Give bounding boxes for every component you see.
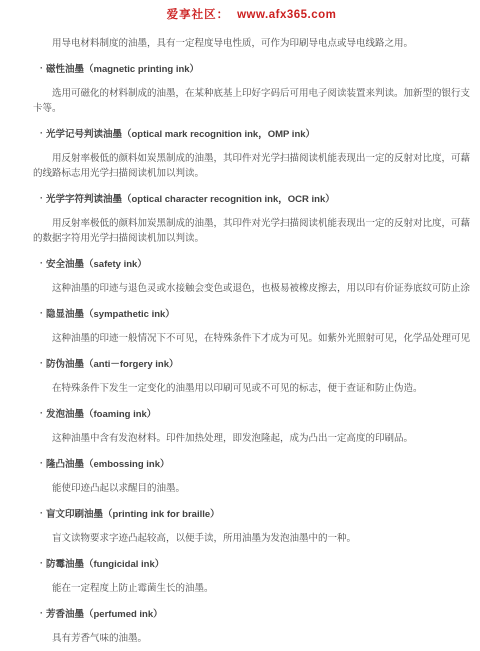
section-body: 这种油墨中含有发泡材料。印件加热处理，即发泡隆起，成为凸出一定高度的印刷品。 (33, 431, 470, 446)
section-title-text: 安全油墨（safety ink） (46, 259, 147, 270)
section-title: ·发泡油墨（foaming ink） (33, 407, 470, 421)
section-title: ·盲文印刷油墨（printing ink for braille） (33, 507, 470, 521)
section-title-text: 光学字符判读油墨（optical character recognition i… (46, 194, 335, 205)
bullet-icon: · (40, 407, 43, 420)
ink-section: ·光学记号判读油墨（optical mark recognition ink，O… (33, 127, 470, 181)
bullet-icon: · (40, 307, 43, 320)
bullet-icon: · (40, 507, 43, 520)
section-title-text: 防伪油墨（anti－forgery ink） (46, 359, 179, 370)
section-body: 这种油墨的印迹与退色灵或水接触会变色或退色，也极易被橡皮擦去，用以印有价证券底纹… (33, 281, 470, 296)
ink-section: ·盲文印刷油墨（printing ink for braille） 盲文读物要求… (33, 507, 470, 546)
ink-section: ·光学字符判读油墨（optical character recognition … (33, 192, 470, 246)
document-page: 爱享社区：www.afx365.com 用导电材料制度的油墨，具有一定程度导电性… (0, 0, 480, 651)
bullet-icon: · (40, 62, 43, 75)
section-body: 用反射率极低的颜料如炭黑制成的油墨，其印件对光学扫描阅读机能表现出一定的反射对比… (33, 151, 470, 181)
site-name: 爱享社区： (167, 9, 230, 21)
section-title-text: 盲文印刷油墨（printing ink for braille） (46, 509, 220, 520)
section-title-text: 磁性油墨（magnetic printing ink） (46, 64, 199, 75)
section-title-text: 光学记号判读油墨（optical mark recognition ink，OM… (46, 129, 315, 140)
bullet-icon: · (40, 127, 43, 140)
site-header: 爱享社区：www.afx365.com (33, 8, 470, 22)
section-body: 在特殊条件下发生一定变化的油墨用以印刷可见或不可见的标志，便于查证和防止伪造。 (33, 381, 470, 396)
section-title-text: 芳香油墨（perfumed ink） (46, 609, 163, 620)
bullet-icon: · (40, 607, 43, 620)
section-body: 这种油墨的印迹一般情况下不可见，在特殊条件下才成为可见。如紫外光照射可见，化学品… (33, 331, 470, 346)
section-body: 盲文读物要求字迹凸起较高，以便手读，所用油墨为发泡油墨中的一种。 (33, 531, 470, 546)
bullet-icon: · (40, 457, 43, 470)
section-title-text: 发泡油墨（foaming ink） (46, 409, 156, 420)
section-title: ·磁性油墨（magnetic printing ink） (33, 62, 470, 76)
site-url[interactable]: www.afx365.com (237, 9, 336, 21)
section-body: 能使印迹凸起以求醒目的油墨。 (33, 481, 470, 496)
sections-container: ·磁性油墨（magnetic printing ink） 选用可磁化的材料制成的… (33, 62, 470, 646)
section-body: 能在一定程度上防止霉菌生长的油墨。 (33, 581, 470, 596)
bullet-icon: · (40, 192, 43, 205)
section-title: ·隆凸油墨（embossing ink） (33, 457, 470, 471)
section-title: ·防伪油墨（anti－forgery ink） (33, 357, 470, 371)
ink-section: ·发泡油墨（foaming ink） 这种油墨中含有发泡材料。印件加热处理，即发… (33, 407, 470, 446)
section-title: ·安全油墨（safety ink） (33, 257, 470, 271)
ink-section: ·防伪油墨（anti－forgery ink） 在特殊条件下发生一定变化的油墨用… (33, 357, 470, 396)
section-body: 具有芳香气味的油墨。 (33, 631, 470, 646)
ink-section: ·芳香油墨（perfumed ink） 具有芳香气味的油墨。 (33, 607, 470, 646)
bullet-icon: · (40, 257, 43, 270)
section-title: ·隐显油墨（sympathetic ink） (33, 307, 470, 321)
section-body: 选用可磁化的材料制成的油墨，在某种底基上印好字码后可用电子阅读装置来判读。加新型… (33, 86, 470, 116)
section-title: ·芳香油墨（perfumed ink） (33, 607, 470, 621)
ink-section: ·隐显油墨（sympathetic ink） 这种油墨的印迹一般情况下不可见，在… (33, 307, 470, 346)
section-title-text: 隐显油墨（sympathetic ink） (46, 309, 175, 320)
section-title-text: 隆凸油墨（embossing ink） (46, 459, 170, 470)
section-title-text: 防霉油墨（fungicidal ink） (46, 559, 164, 570)
section-body: 用反射率极低的颜料加炭黑制成的油墨，其印件对光学扫描阅读机能表现出一定的反射对比… (33, 216, 470, 246)
ink-section: ·磁性油墨（magnetic printing ink） 选用可磁化的材料制成的… (33, 62, 470, 116)
section-title: ·光学字符判读油墨（optical character recognition … (33, 192, 470, 206)
ink-section: ·隆凸油墨（embossing ink） 能使印迹凸起以求醒目的油墨。 (33, 457, 470, 496)
section-title: ·防霉油墨（fungicidal ink） (33, 557, 470, 571)
intro-paragraph: 用导电材料制度的油墨，具有一定程度导电性质，可作为印刷导电点或导电线路之用。 (33, 36, 470, 51)
bullet-icon: · (40, 557, 43, 570)
ink-section: ·安全油墨（safety ink） 这种油墨的印迹与退色灵或水接触会变色或退色，… (33, 257, 470, 296)
ink-section: ·防霉油墨（fungicidal ink） 能在一定程度上防止霉菌生长的油墨。 (33, 557, 470, 596)
section-title: ·光学记号判读油墨（optical mark recognition ink，O… (33, 127, 470, 141)
bullet-icon: · (40, 357, 43, 370)
